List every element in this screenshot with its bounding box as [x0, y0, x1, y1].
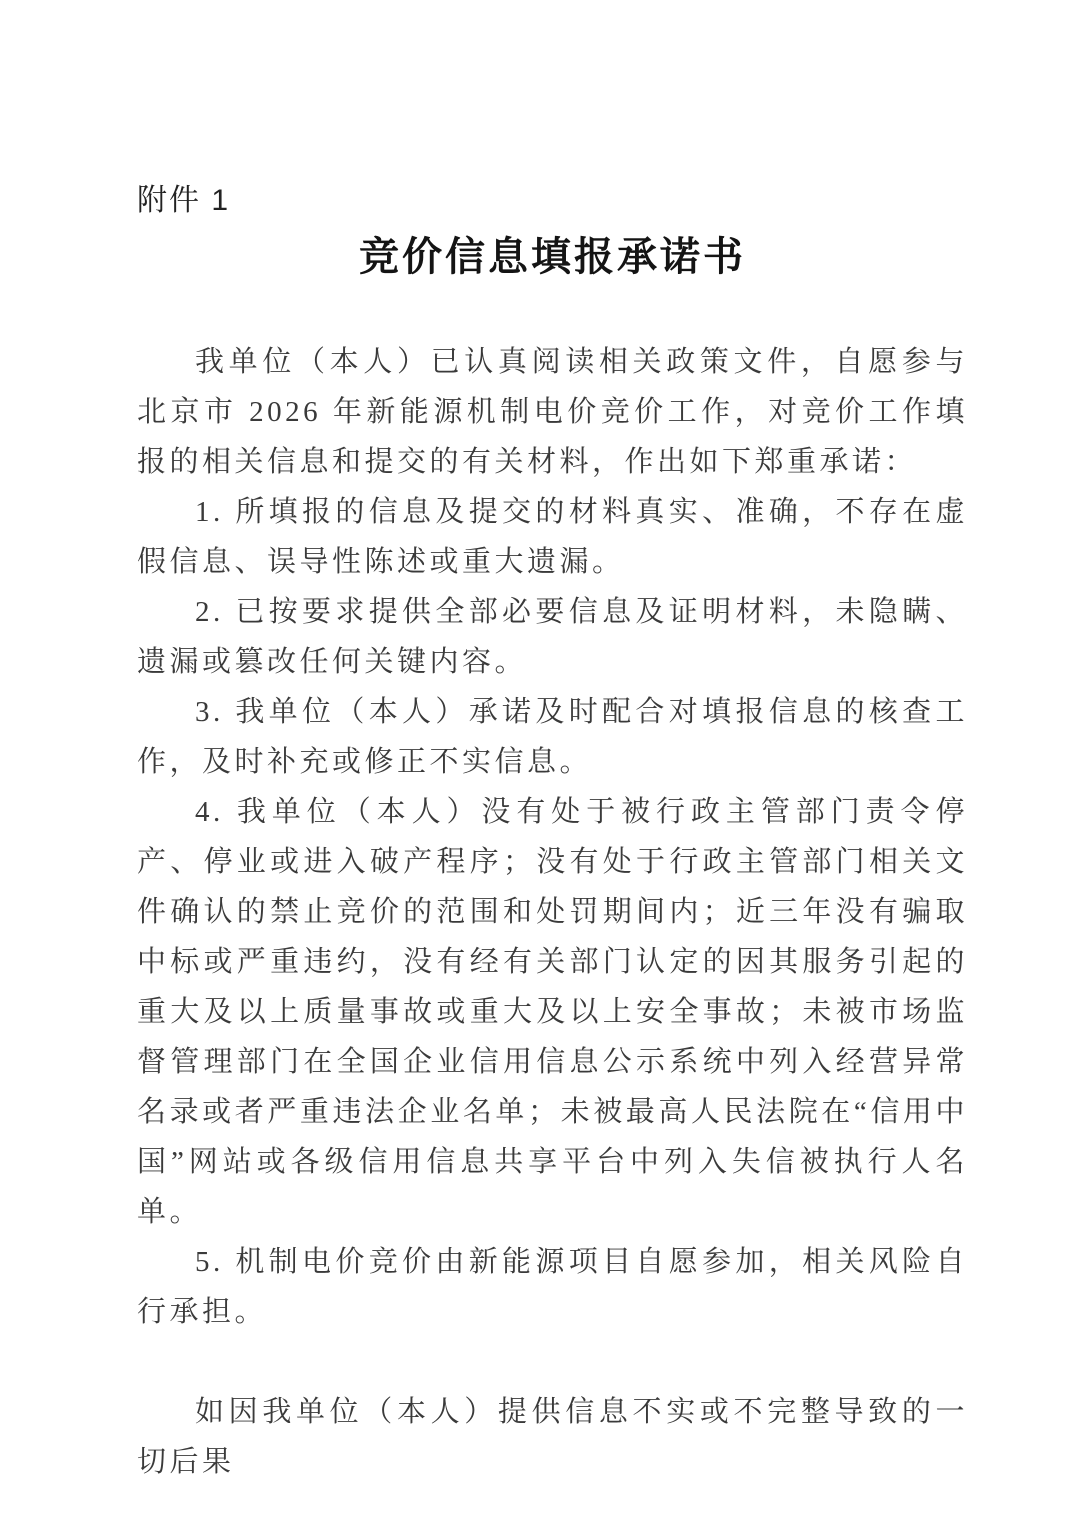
list-item-2: 2. 已按要求提供全部必要信息及证明材料，未隐瞒、遗漏或篡改任何关键内容。: [137, 587, 968, 687]
attachment-label: 附件 1: [137, 183, 968, 219]
list-item-3: 3. 我单位（本人）承诺及时配合对填报信息的核查工作，及时补充或修正不实信息。: [137, 687, 968, 787]
closing-paragraph: 如因我单位（本人）提供信息不实或不完整导致的一切后果: [137, 1387, 968, 1487]
intro-paragraph: 我单位（本人）已认真阅读相关政策文件，自愿参与北京市 2026 年新能源机制电价…: [137, 337, 968, 487]
page-title: 竞价信息填报承诺书: [137, 231, 968, 283]
list-item-4: 4. 我单位（本人）没有处于被行政主管部门责令停产、停业或进入破产程序；没有处于…: [137, 787, 968, 1237]
document-body: 我单位（本人）已认真阅读相关政策文件，自愿参与北京市 2026 年新能源机制电价…: [137, 337, 968, 1487]
list-item-5: 5. 机制电价竞价由新能源项目自愿参加，相关风险自行承担。: [137, 1237, 968, 1337]
list-item-1: 1. 所填报的信息及提交的材料真实、准确，不存在虚假信息、误导性陈述或重大遗漏。: [137, 487, 968, 587]
document-page: 附件 1 竞价信息填报承诺书 我单位（本人）已认真阅读相关政策文件，自愿参与北京…: [0, 0, 1080, 1527]
